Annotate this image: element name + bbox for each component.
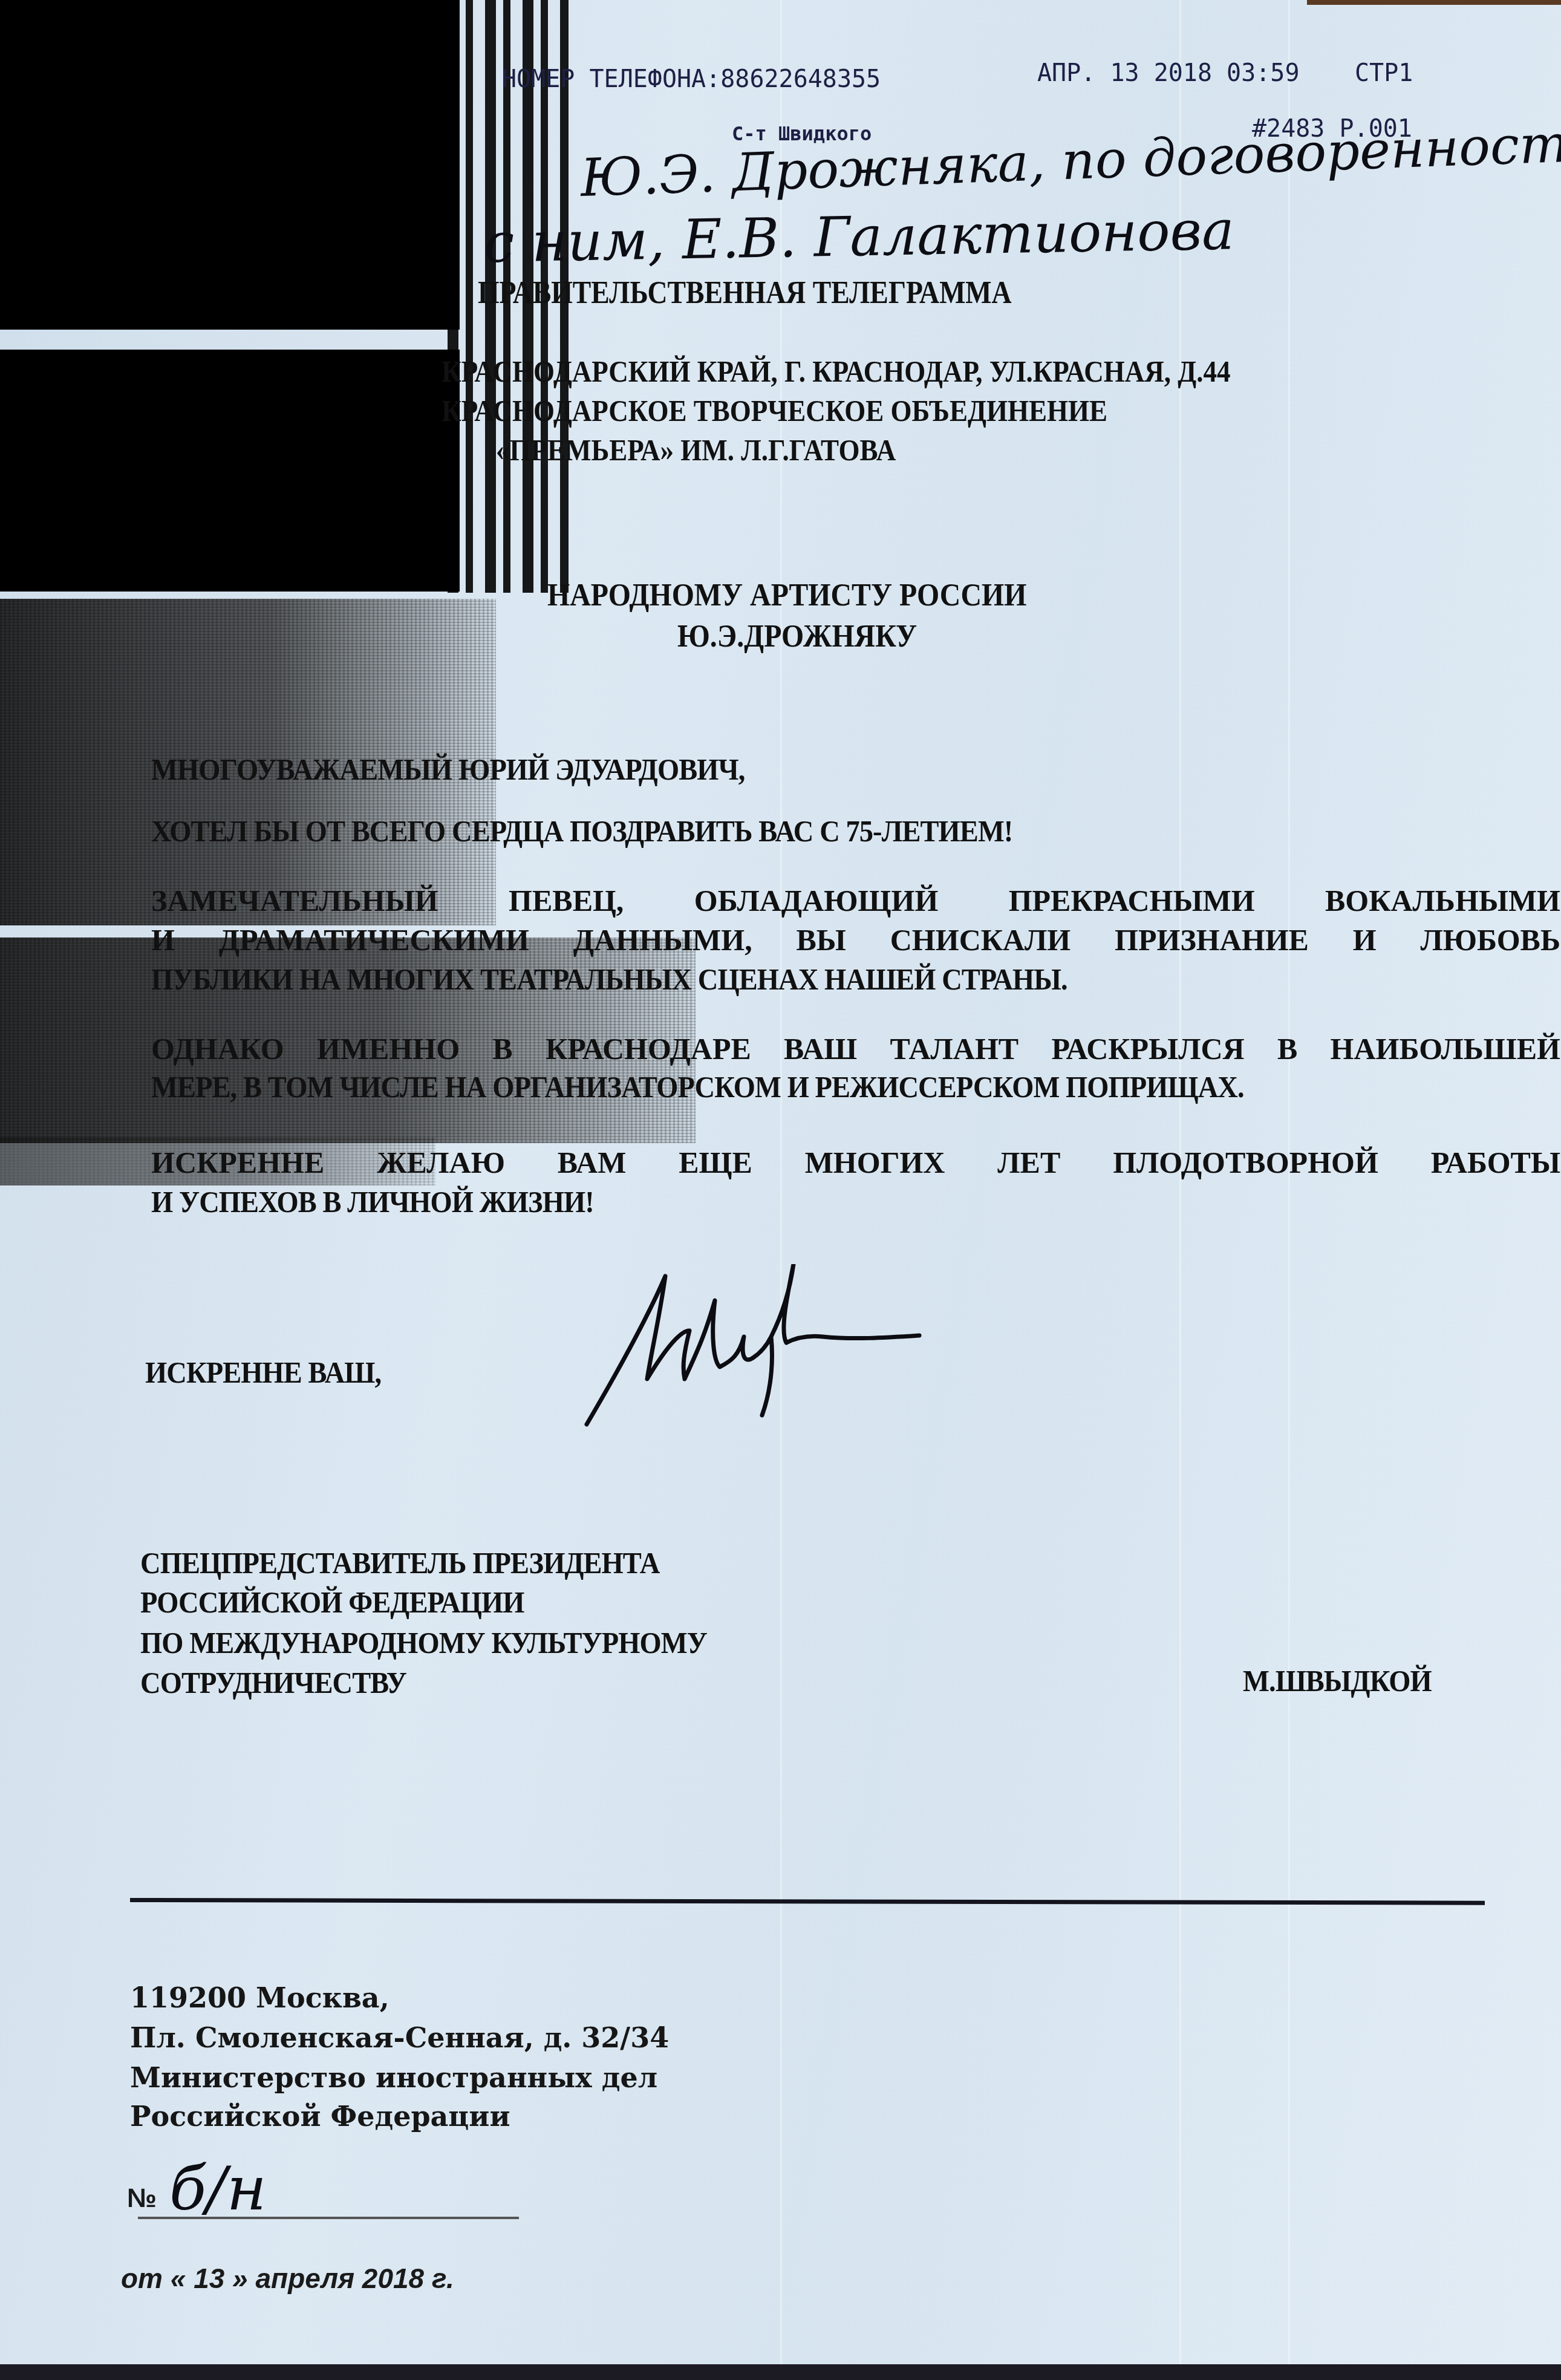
number-label: №: [127, 2183, 157, 2214]
fax-phone-number: НОМЕР ТЕЛЕФОНА:88622648355: [502, 65, 881, 93]
recipient-title: НАРОДНОМУ АРТИСТУ РОССИИ: [547, 578, 1026, 613]
ministry-address-line: Пл. Смоленская-Сенная, д. 32/34: [130, 2018, 669, 2058]
paragraph-line: ПУБЛИКИ НА МНОГИХ ТЕАТРАЛЬНЫХ СЦЕНАХ НАШ…: [151, 962, 1067, 997]
salutation: МНОГОУВАЖАЕМЫЙ ЮРИЙ ЭДУАРДОВИЧ,: [151, 752, 745, 787]
signatory-title-line: СОТРУДНИЧЕСТВУ: [140, 1665, 406, 1700]
paragraph-line: ОДНАКО ИМЕННО В КРАСНОДАРЕ ВАШ ТАЛАНТ РА…: [151, 1031, 1560, 1066]
ministry-address-line: 119200 Москва,: [130, 1978, 389, 2018]
table-background: [1307, 0, 1561, 5]
address-line: КРАСНОДАРСКОЕ ТВОРЧЕСКОЕ ОБЪЕДИНЕНИЕ: [442, 393, 1107, 428]
paragraph-line: И УСПЕХОВ В ЛИЧНОЙ ЖИЗНИ!: [151, 1184, 594, 1219]
address-line: КРАСНОДАРСКИЙ КРАЙ, Г. КРАСНОДАР, УЛ.КРА…: [442, 354, 1231, 389]
redacted-block: [0, 0, 460, 330]
paragraph-line: МЕРЕ, В ТОМ ЧИСЛЕ НА ОРГАНИЗАТОРСКОМ И Р…: [151, 1069, 1244, 1104]
document-date: от « 13 » апреля 2018 г.: [121, 2262, 454, 2295]
address-line: «ПРЕМЬЕРА» ИМ. Л.Г.ГАТОВА: [496, 432, 896, 468]
signatory-title-line: РОССИЙСКОЙ ФЕДЕРАЦИИ: [140, 1585, 524, 1620]
fax-page-label: СТР1: [1355, 59, 1413, 87]
closing: ИСКРЕННЕ ВАШ,: [145, 1355, 381, 1390]
table-edge: [0, 2364, 1561, 2380]
separator-line: [130, 1898, 1485, 1905]
paragraph-line: ИСКРЕННЕ ЖЕЛАЮ ВАМ ЕЩЕ МНОГИХ ЛЕТ ПЛОДОТ…: [151, 1145, 1560, 1180]
paper-crease: [1288, 0, 1290, 2380]
signatory-title-line: СПЕЦПРЕДСТАВИТЕЛЬ ПРЕЗИДЕНТА: [140, 1545, 659, 1580]
signatory-name: М.ШВЫДКОЙ: [1243, 1663, 1432, 1698]
handwritten-note-line2: с ним, Е.В. Галактионова: [483, 198, 1234, 275]
paragraph-line: И ДРАМАТИЧЕСКИМИ ДАННЫМИ, ВЫ СНИСКАЛИ ПР…: [151, 922, 1560, 957]
telegram-title: ПРАВИТЕЛЬСТВЕННАЯ ТЕЛЕГРАММА: [478, 275, 1012, 311]
ministry-address-line: Министерство иностранных дел: [130, 2058, 657, 2098]
fax-datetime: АПР. 13 2018 03:59: [1037, 59, 1299, 87]
handwritten-note-line1: Ю.Э. Дрожняка, по договоренности: [579, 112, 1561, 209]
fax-page: НОМЕР ТЕЛЕФОНА:88622648355 АПР. 13 2018 …: [0, 0, 1561, 2380]
signatory-title-line: ПО МЕЖДУНАРОДНОМУ КУЛЬТУРНОМУ: [140, 1625, 707, 1660]
redacted-block: [0, 350, 460, 592]
paragraph-line: ХОТЕЛ БЫ ОТ ВСЕГО СЕРДЦА ПОЗДРАВИТЬ ВАС …: [151, 813, 1012, 849]
signature-icon: [581, 1264, 1101, 1433]
paragraph-line: ЗАМЕЧАТЕЛЬНЫЙ ПЕВЕЦ, ОБЛАДАЮЩИЙ ПРЕКРАСН…: [151, 883, 1560, 918]
ministry-address-line: Российской Федерации: [130, 2096, 510, 2136]
recipient-name: Ю.Э.ДРОЖНЯКУ: [677, 619, 917, 654]
number-value: б/н: [169, 2153, 267, 2224]
